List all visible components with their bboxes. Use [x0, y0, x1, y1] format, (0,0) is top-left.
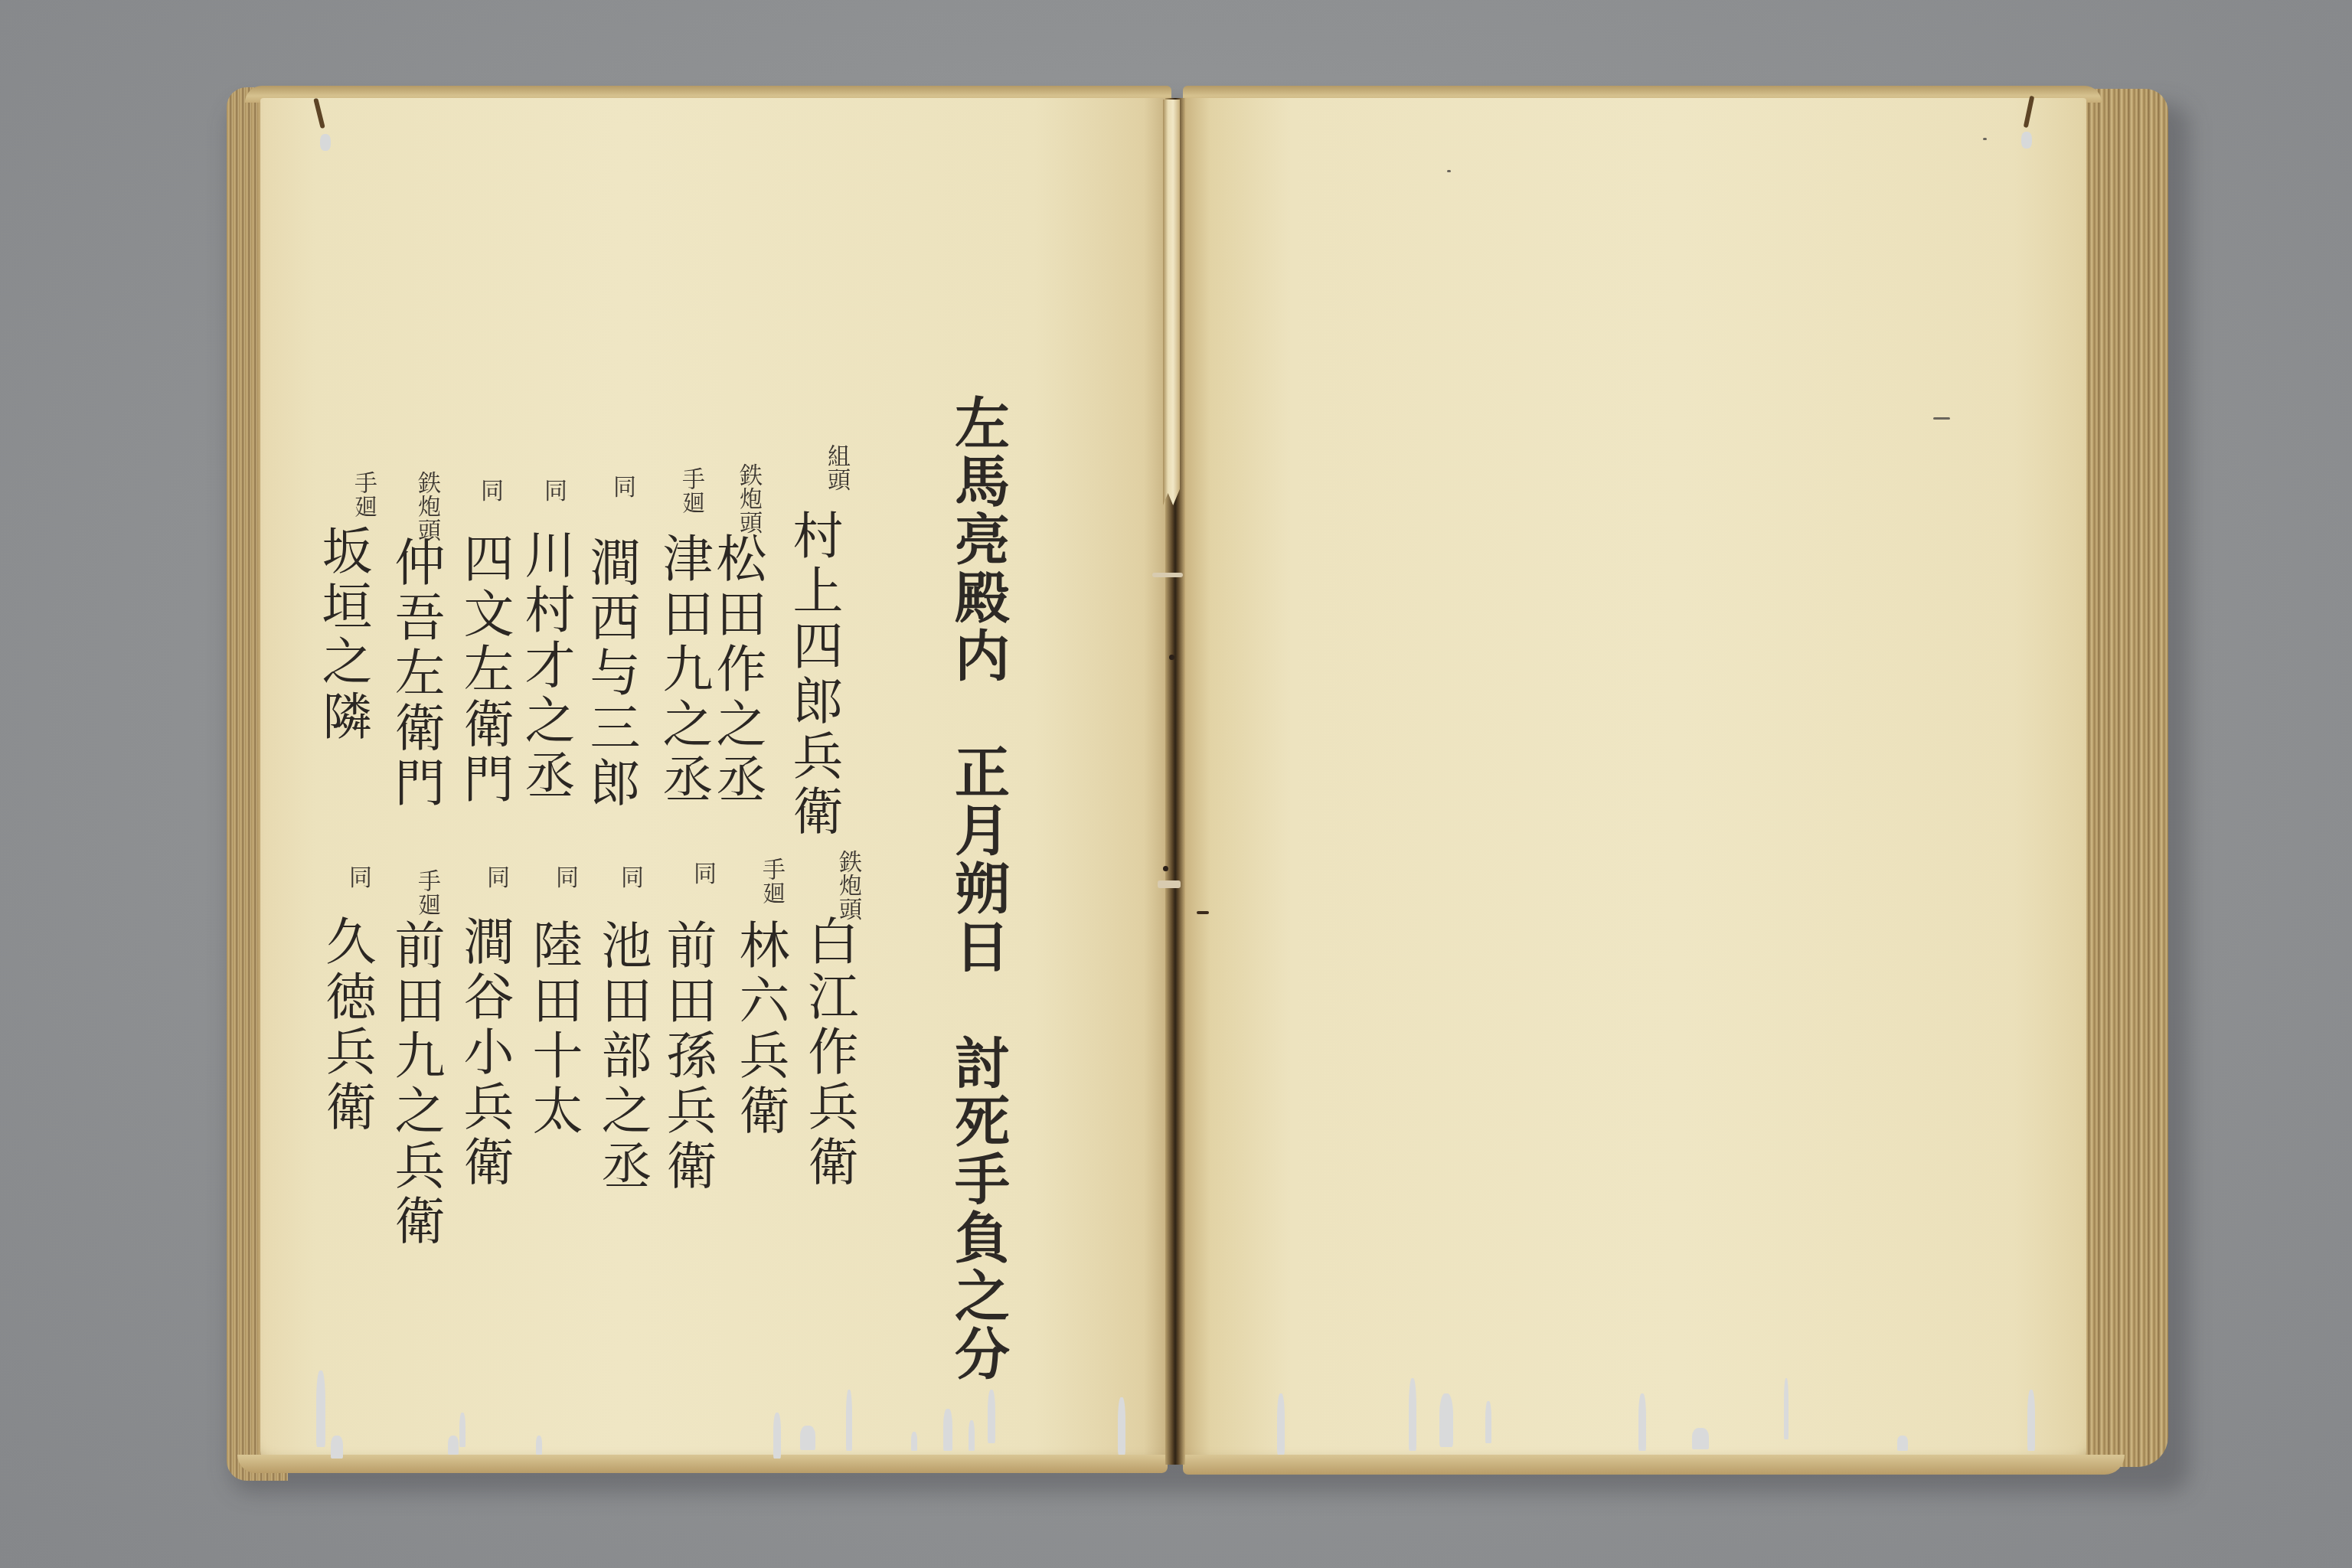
paper-damage [969, 1420, 975, 1451]
stitch-hole [1169, 655, 1174, 660]
paper-damage [1485, 1401, 1491, 1443]
spine-fold-strip [1163, 100, 1180, 505]
left-bottom-edge [237, 1455, 1168, 1473]
paper-damage [448, 1436, 459, 1455]
right-bottom-edge [1183, 1455, 2125, 1475]
open-manuscript: 左馬亮殿内 正月朔日 討死手負之分 組頭 村上四郎兵衛 鉄炮頭 松田作之丞 手廻… [0, 0, 2352, 1568]
entry-name: 村上四郎兵衛 [777, 509, 850, 840]
entry-label: 同 [479, 865, 512, 889]
stitch-hole [1163, 866, 1168, 871]
entry-name: 仲吾左衛門 [379, 536, 452, 812]
entry-name: 四文左衛門 [448, 532, 521, 808]
entry-name: 前田九之兵衛 [379, 919, 452, 1249]
entry-label: 鉄炮頭 [831, 850, 864, 921]
entry-name: 陸田十太 [517, 919, 590, 1139]
entry-name: 澗谷小兵衛 [448, 915, 521, 1191]
paper-damage [1784, 1378, 1788, 1439]
entry-label: 手廻 [754, 857, 788, 905]
entry-label: 同 [605, 475, 639, 498]
paper-damage [1692, 1428, 1709, 1449]
paper-damage [331, 1436, 343, 1459]
paper-damage [316, 1370, 325, 1447]
right-page-blank [1183, 98, 2086, 1465]
paper-hole [2021, 132, 2032, 149]
paper-damage [773, 1413, 781, 1459]
entry-label: 手廻 [346, 471, 380, 518]
paper-damage [1118, 1397, 1125, 1455]
paper-damage [1409, 1378, 1416, 1451]
paper-damage [846, 1390, 852, 1451]
entry-label: 鉄炮頭 [410, 471, 443, 542]
entry-label: 同 [685, 861, 719, 885]
entry-label: 手廻 [674, 467, 707, 514]
entry-name: 池田部之丞 [586, 919, 658, 1194]
binding-thread [1158, 880, 1181, 888]
entry-name: 澗西与三郎 [574, 536, 647, 812]
entry-name: 坂垣之隣 [306, 524, 379, 745]
paper-damage [800, 1426, 815, 1450]
paper-damage [1638, 1393, 1646, 1451]
entry-label: 鉄炮頭 [731, 463, 765, 534]
entry-name: 前田孫兵衛 [651, 919, 724, 1194]
entry-label: 同 [341, 865, 374, 889]
paper-hole [320, 134, 331, 151]
paper-speck [1983, 138, 1987, 140]
paper-damage [911, 1432, 917, 1451]
entry-name: 津田九之丞 [647, 532, 720, 808]
paper-damage [459, 1413, 465, 1447]
paper-damage [2027, 1390, 2035, 1451]
binding-thread [1152, 573, 1183, 577]
paper-damage [943, 1409, 952, 1451]
paper-damage [1277, 1393, 1285, 1455]
entry-label: 手廻 [410, 869, 443, 916]
entry-label: 組頭 [819, 444, 853, 492]
entry-label: 同 [472, 479, 506, 502]
paper-speck [1447, 170, 1451, 172]
entry-name: 林六兵衛 [724, 919, 796, 1139]
entry-name: 久徳兵衛 [310, 915, 383, 1135]
paper-damage [1897, 1436, 1908, 1451]
paper-damage [536, 1436, 542, 1455]
paper-damage [1439, 1393, 1453, 1447]
entry-name: 白江作兵衛 [792, 915, 865, 1191]
paper-damage [988, 1390, 995, 1443]
header-column: 左馬亮殿内 正月朔日 討死手負之分 [938, 394, 1018, 1383]
entry-label: 同 [612, 865, 646, 889]
right-page-edges [2084, 89, 2168, 1467]
entry-label: 同 [536, 479, 570, 502]
paper-speck [1933, 417, 1950, 420]
entry-label: 同 [547, 865, 581, 889]
ink-mark [1197, 911, 1209, 914]
